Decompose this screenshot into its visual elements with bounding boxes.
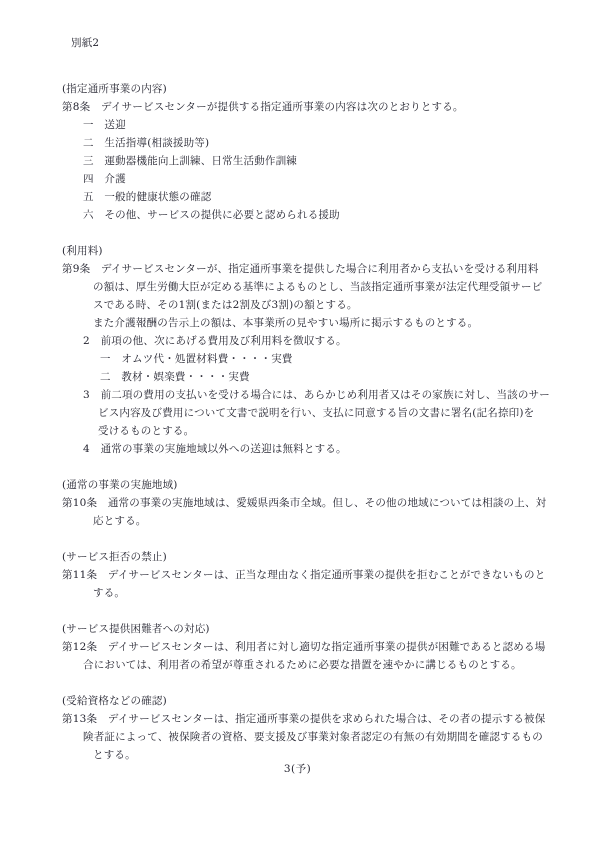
section-riyoryo: (利用料) 第9条 デイサービスセンターが、指定通所事業を提供した場合に利用者か… <box>62 242 547 458</box>
section-heading: (サービス提供困難者への対応) <box>62 620 547 638</box>
article-continuation: 険者証によって、被保険者の資格、要支援及び事業対象者認定の有無の有効期間を確認す… <box>83 728 547 746</box>
numbered-paragraph: 4 通常の事業の実施地域以外への送迎は無料とする。 <box>83 440 547 458</box>
section-heading: (指定通所事業の内容) <box>62 80 547 98</box>
list-item: 二 生活指導(相談援助等) <box>83 134 547 152</box>
article-line: 第11条 デイサービスセンターは、正当な理由なく指定通所事業の提供を拒むことがで… <box>62 566 547 584</box>
section-shitei-tsusho-naiyo: (指定通所事業の内容) 第8条 デイサービスセンターが提供する指定通所事業の内容… <box>62 80 547 224</box>
article-line: 第9条 デイサービスセンターが、指定通所事業を提供した場合に利用者から支払いを受… <box>62 260 547 278</box>
list-item: 六 その他、サービスの提供に必要と認められる援助 <box>83 206 547 224</box>
section-heading: (受給資格などの確認) <box>62 692 547 710</box>
section-teikyo-konnansha: (サービス提供困難者への対応) 第12条 デイサービスセンターは、利用者に対し適… <box>62 620 547 674</box>
article-line: 第8条 デイサービスセンターが提供する指定通所事業の内容は次のとおりとする。 <box>62 98 547 116</box>
article-continuation: スである時、その1割(または2割及び3割)の額とする。 <box>93 296 547 314</box>
document-content: 別紙2 (指定通所事業の内容) 第8条 デイサービスセンターが提供する指定通所事… <box>62 34 547 764</box>
article-continuation: 合においては、利用者の希望が尊重されるために必要な措置を速やかに講じるものとする… <box>83 656 547 674</box>
document-page: 別紙2 (指定通所事業の内容) 第8条 デイサービスセンターが提供する指定通所事… <box>0 0 595 842</box>
article-continuation: の額は、厚生労働大臣が定める基準によるものとし、当該指定通所事業が法定代理受領サ… <box>93 278 547 296</box>
article-line: 第13条 デイサービスセンターは、指定通所事業の提供を求められた場合は、その者の… <box>62 710 547 728</box>
section-heading: (通常の事業の実施地域) <box>62 476 547 494</box>
page-number: 3(予) <box>0 760 595 778</box>
sub-list-item: 一 オムツ代・処置材料費・・・・実費 <box>100 350 547 368</box>
list-item: 四 介護 <box>83 170 547 188</box>
article-continuation: また介護報酬の告示上の額は、本事業所の見やすい場所に掲示するものとする。 <box>93 314 547 332</box>
list-item: 三 運動器機能向上訓練、日常生活動作訓練 <box>83 152 547 170</box>
section-heading: (サービス拒否の禁止) <box>62 548 547 566</box>
paragraph-continuation: 受けるものとする。 <box>98 422 547 440</box>
article-line: 第12条 デイサービスセンターは、利用者に対し適切な指定通所事業の提供が困難であ… <box>62 638 547 656</box>
article-continuation: 応とする。 <box>93 512 547 530</box>
article-line: 第10条 通常の事業の実施地域は、愛媛県西条市全域。但し、その他の地域については… <box>62 494 547 512</box>
list-item: 五 一般的健康状態の確認 <box>83 188 547 206</box>
paragraph-continuation: ビス内容及び費用について文書で説明を行い、支払に同意する旨の文書に署名(記名捺印… <box>98 404 547 422</box>
numbered-paragraph: 3 前二項の費用の支払いを受ける場合には、あらかじめ利用者又はその家族に対し、当… <box>83 386 547 404</box>
doc-label: 別紙2 <box>71 34 547 52</box>
section-jukyu-shikaku-kakunin: (受給資格などの確認) 第13条 デイサービスセンターは、指定通所事業の提供を求… <box>62 692 547 764</box>
section-jisshi-chiiki: (通常の事業の実施地域) 第10条 通常の事業の実施地域は、愛媛県西条市全域。但… <box>62 476 547 530</box>
sub-list-item: 二 教材・娯楽費・・・・実費 <box>100 368 547 386</box>
numbered-paragraph: 2 前項の他、次にあげる費用及び利用料を徴収する。 <box>83 332 547 350</box>
article-continuation: する。 <box>93 584 547 602</box>
section-heading: (利用料) <box>62 242 547 260</box>
list-item: 一 送迎 <box>83 116 547 134</box>
section-service-kyohi-kinshi: (サービス拒否の禁止) 第11条 デイサービスセンターは、正当な理由なく指定通所… <box>62 548 547 602</box>
